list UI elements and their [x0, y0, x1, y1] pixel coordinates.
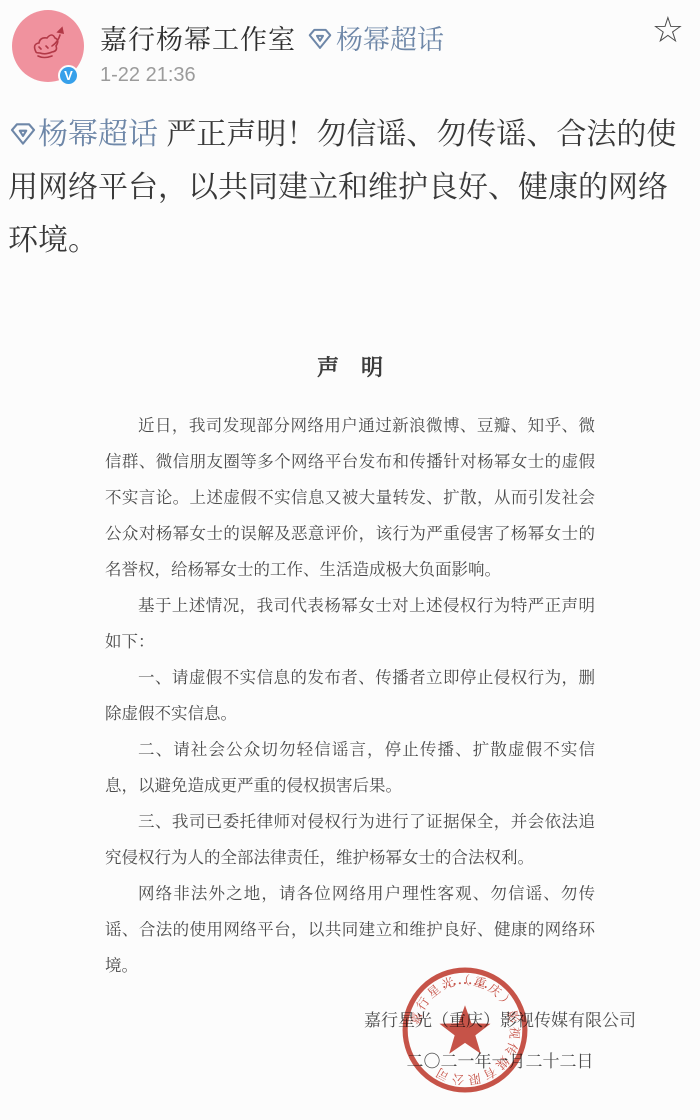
supertopic-link-header[interactable]: 杨幂超话: [306, 18, 444, 57]
supertopic-label: 杨幂超话: [336, 18, 444, 57]
verified-badge-icon: V: [58, 65, 79, 86]
statement-image[interactable]: 声 明 近日，我司发现部分网络用户通过新浪微博、豆瓣、知乎、微信群、微信朋友圈等…: [0, 351, 700, 1082]
statement-paragraph: 基于上述情况，我司代表杨幂女士对上述侵权行为特严正声明如下：: [105, 588, 595, 660]
company-name: 嘉行星光（重庆）影视传媒有限公司: [330, 1000, 670, 1041]
statement-body: 近日，我司发现部分网络用户通过新浪微博、豆瓣、知乎、微信群、微信朋友圈等多个网络…: [0, 408, 700, 984]
post-text: 杨幂超话 严正声明！勿信谣、勿传谣、合法的使用网络平台，以共同建立和维护良好、健…: [8, 108, 690, 267]
statement-title: 声 明: [0, 351, 700, 382]
statement-date: 二〇二一年一月二十二日: [330, 1041, 670, 1082]
supertopic-gem-icon: [8, 118, 38, 148]
statement-paragraph: 二、请社会公众切勿轻信谣言，停止传播、扩散虚假不实信息，以避免造成更严重的侵权损…: [105, 732, 595, 804]
username[interactable]: 嘉行杨幂工作室: [100, 18, 296, 57]
weibo-post-page: V 嘉行杨幂工作室 杨幂超话 1-22 21:36 ☆: [0, 0, 700, 1120]
timestamp: 1-22 21:36: [100, 64, 688, 87]
supertopic-link-body[interactable]: 杨幂超话: [8, 118, 166, 151]
avatar[interactable]: V: [12, 10, 84, 82]
header-text: 嘉行杨幂工作室 杨幂超话 1-22 21:36: [100, 10, 688, 87]
signature-block: 嘉行星光（重庆）影视传媒有限公司 二〇二一年一月二十二日: [330, 1000, 670, 1082]
favorite-star-icon[interactable]: ☆: [652, 12, 684, 48]
statement-paragraph: 网络非法外之地，请各位网络用户理性客观、勿信谣、勿传谣、合法的使用网络平台，以共…: [105, 876, 595, 984]
statement-paragraph: 近日，我司发现部分网络用户通过新浪微博、豆瓣、知乎、微信群、微信朋友圈等多个网络…: [105, 408, 595, 588]
statement-paragraph: 一、请虚假不实信息的发布者、传播者立即停止侵权行为，删除虚假不实信息。: [105, 660, 595, 732]
supertopic-gem-icon: [306, 24, 334, 52]
post-header: V 嘉行杨幂工作室 杨幂超话 1-22 21:36 ☆: [0, 0, 700, 100]
supertopic-label: 杨幂超话: [38, 118, 158, 151]
statement-paragraph: 三、我司已委托律师对侵权行为进行了证据保全，并会依法追究侵权行为人的全部法律责任…: [105, 804, 595, 876]
